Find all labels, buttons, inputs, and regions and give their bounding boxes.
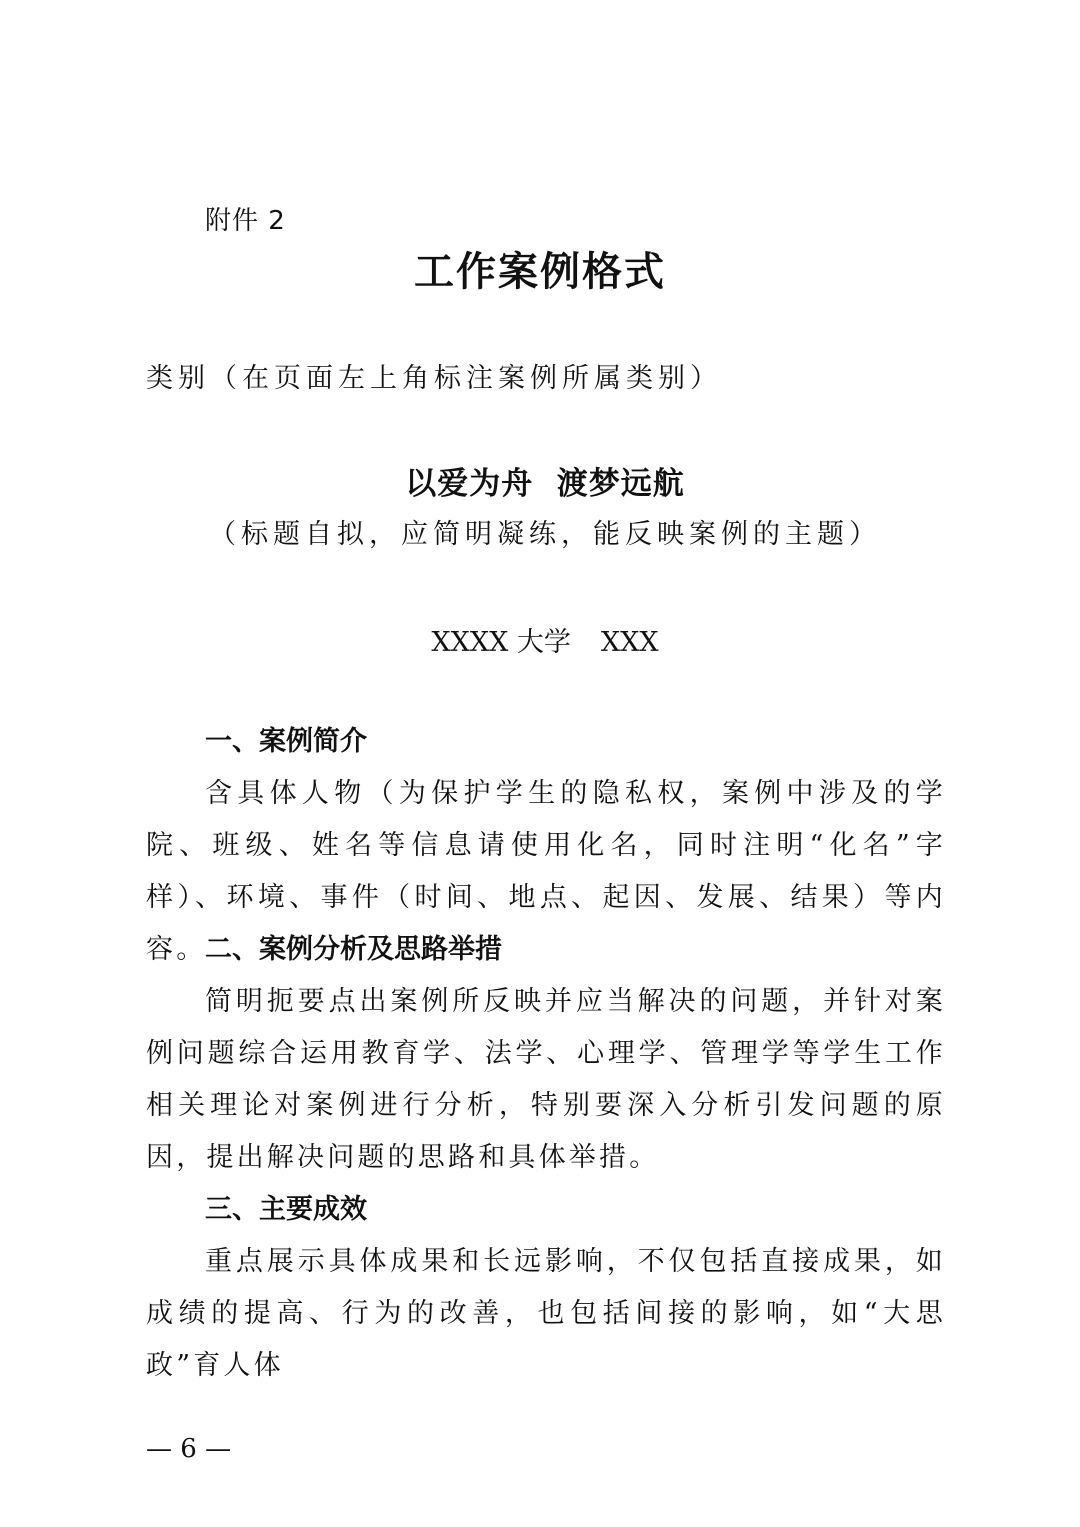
category-line: 类别（在页面左上角标注案例所属类别）	[146, 356, 722, 395]
section-heading: 二、案例分析及思路举措	[146, 924, 946, 976]
author-line: XXXX 大学XXX	[0, 620, 1080, 659]
section-outcomes: 三、主要成效 重点展示具体成果和长远影响，不仅包括直接成果，如成绩的提高、行为的…	[146, 1184, 946, 1392]
section-heading: 一、案例简介	[146, 716, 946, 768]
section-body: 重点展示具体成果和长远影响，不仅包括直接成果，如成绩的提高、行为的改善，也包括间…	[146, 1236, 946, 1392]
attachment-label: 附件 2	[205, 200, 286, 237]
section-heading: 三、主要成效	[146, 1184, 946, 1236]
page-number: — 6 —	[146, 1434, 231, 1464]
case-title: 以爱为舟 渡梦远航	[0, 458, 1080, 503]
university-name: XXXX 大学	[431, 627, 570, 658]
author-name: XXX	[601, 627, 659, 658]
section-analysis: 二、案例分析及思路举措 简明扼要点出案例所反映并应当解决的问题，并针对案例问题综…	[146, 924, 946, 1184]
case-title-hint: （标题自拟，应简明凝练，能反映案例的主题）	[0, 512, 1080, 551]
document-page: 附件 2 工作案例格式 类别（在页面左上角标注案例所属类别） 以爱为舟 渡梦远航…	[0, 0, 1080, 1527]
section-body: 简明扼要点出案例所反映并应当解决的问题，并针对案例问题综合运用教育学、法学、心理…	[146, 976, 946, 1184]
document-title: 工作案例格式	[0, 240, 1080, 297]
